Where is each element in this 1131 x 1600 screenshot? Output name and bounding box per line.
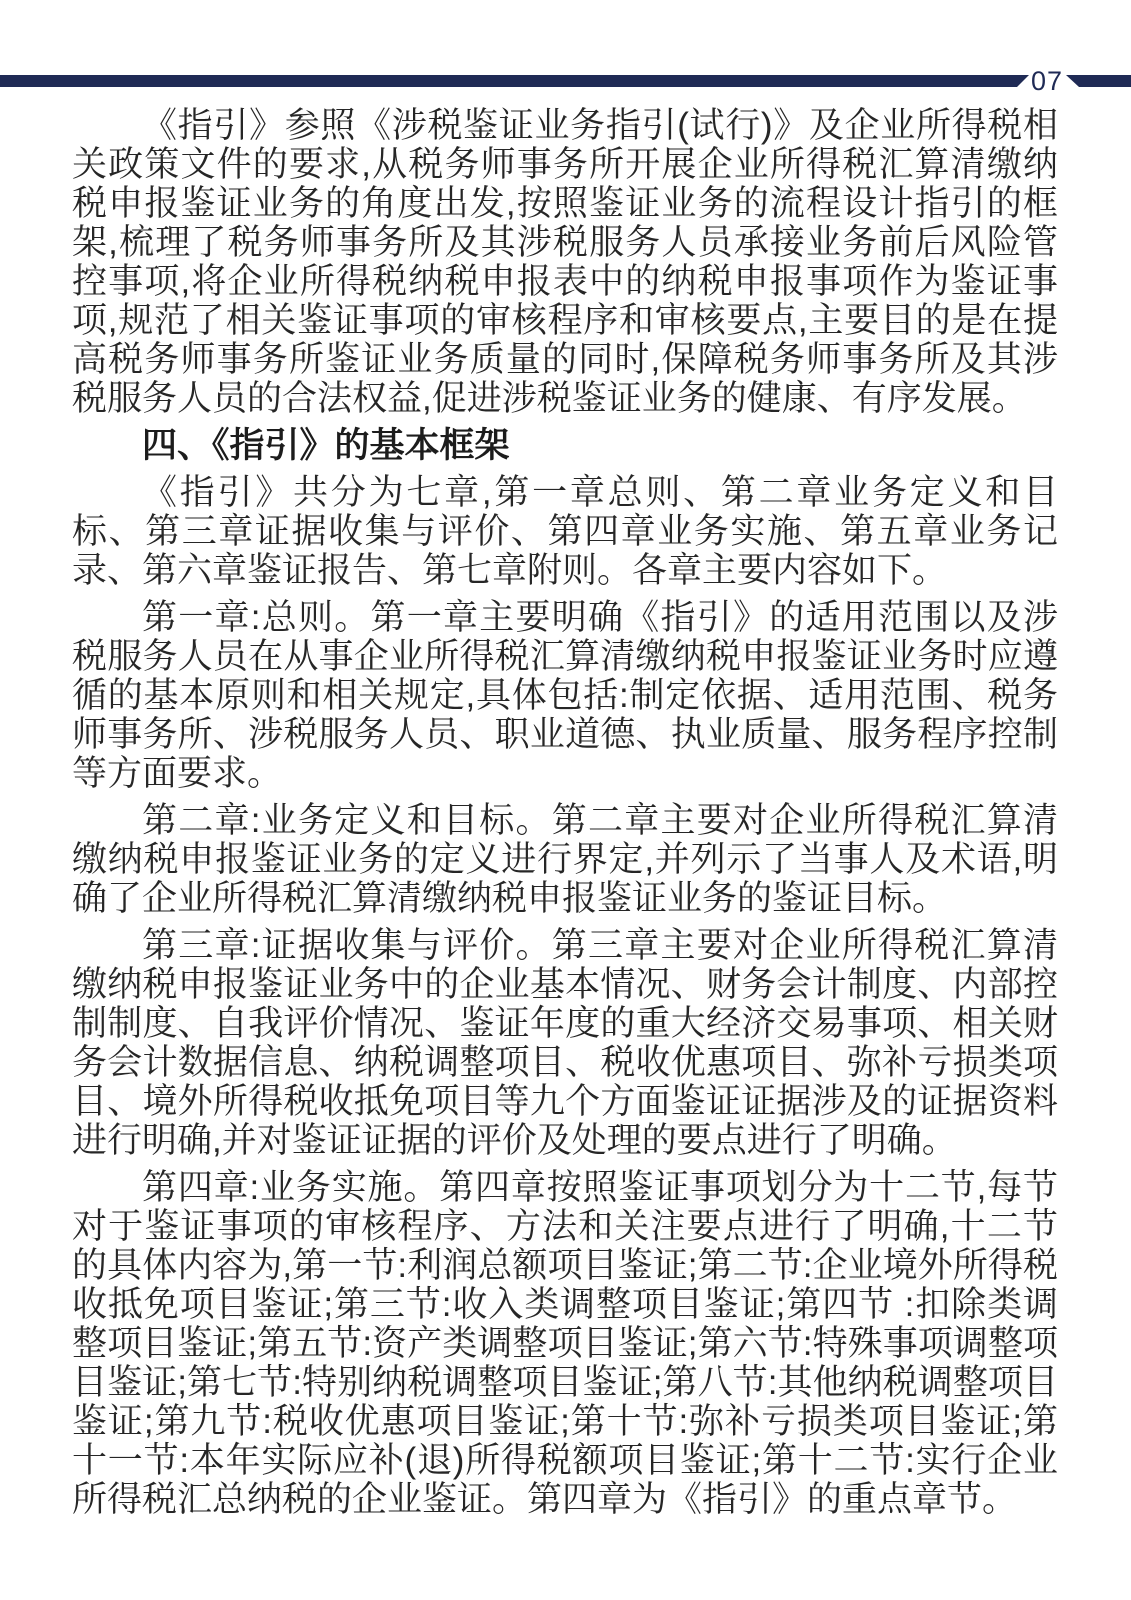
header-rule-right xyxy=(1066,75,1131,87)
body-paragraph-chapter-3: 第三章:证据收集与评价。第三章主要对企业所得税汇算清缴纳税申报鉴证业务中的企业基… xyxy=(72,926,1058,1160)
document-page: 07 《指引》参照《涉税鉴证业务指引(试行)》及企业所得税相关政策文件的要求,从… xyxy=(0,0,1131,1600)
body-paragraph-chapters-overview: 《指引》共分为七章,第一章总则、第二章业务定义和目标、第三章证据收集与评价、第四… xyxy=(72,473,1058,590)
body-paragraph-intro: 《指引》参照《涉税鉴证业务指引(试行)》及企业所得税相关政策文件的要求,从税务师… xyxy=(72,106,1058,418)
section-heading-basic-framework: 四、《指引》的基本框架 xyxy=(72,426,1058,465)
document-body: 《指引》参照《涉税鉴证业务指引(试行)》及企业所得税相关政策文件的要求,从税务师… xyxy=(72,106,1058,1527)
body-paragraph-chapter-4: 第四章:业务实施。第四章按照鉴证事项划分为十二节,每节对于鉴证事项的审核程序、方… xyxy=(72,1168,1058,1519)
body-paragraph-chapter-1: 第一章:总则。第一章主要明确《指引》的适用范围以及涉税服务人员在从事企业所得税汇… xyxy=(72,598,1058,793)
header-rule-left xyxy=(0,75,1029,87)
page-number: 07 xyxy=(1026,66,1068,96)
body-paragraph-chapter-2: 第二章:业务定义和目标。第二章主要对企业所得税汇算清缴纳税申报鉴证业务的定义进行… xyxy=(72,801,1058,918)
